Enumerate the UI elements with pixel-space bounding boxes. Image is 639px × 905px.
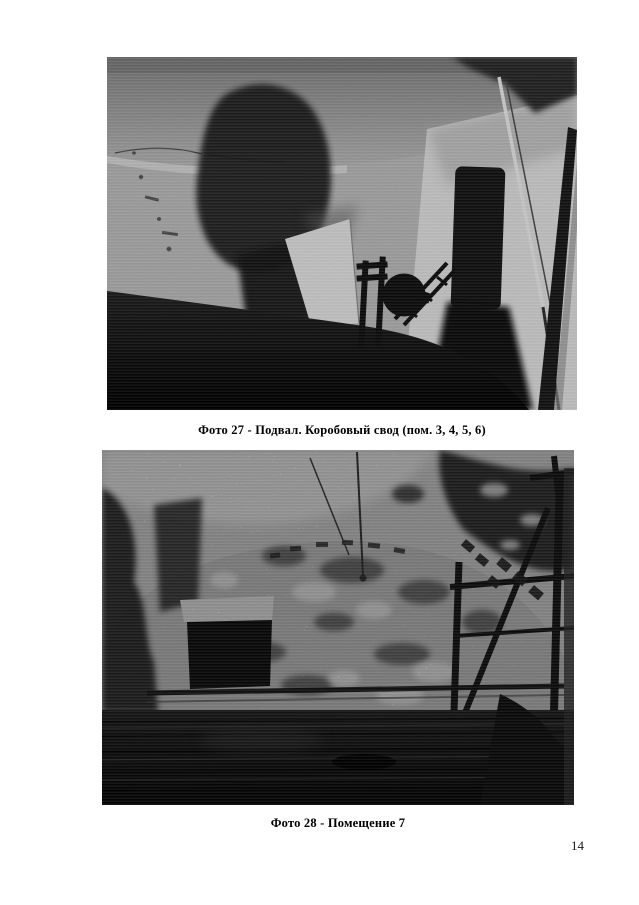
photo-27-rendering bbox=[107, 57, 577, 410]
photo-27-basement-vault bbox=[107, 57, 577, 410]
photo-27-caption: Фото 27 - Подвал. Коробовый свод (пом. 3… bbox=[107, 423, 577, 438]
photo-28-rendering bbox=[102, 450, 574, 805]
page-number: 14 bbox=[571, 838, 584, 854]
document-page: Фото 27 - Подвал. Коробовый свод (пом. 3… bbox=[0, 0, 639, 905]
photo-28-room-7 bbox=[102, 450, 574, 805]
p27-grain-overlay bbox=[107, 57, 577, 410]
photo-28-caption: Фото 28 - Помещение 7 bbox=[102, 816, 574, 831]
p28-grain-overlay bbox=[102, 450, 574, 805]
